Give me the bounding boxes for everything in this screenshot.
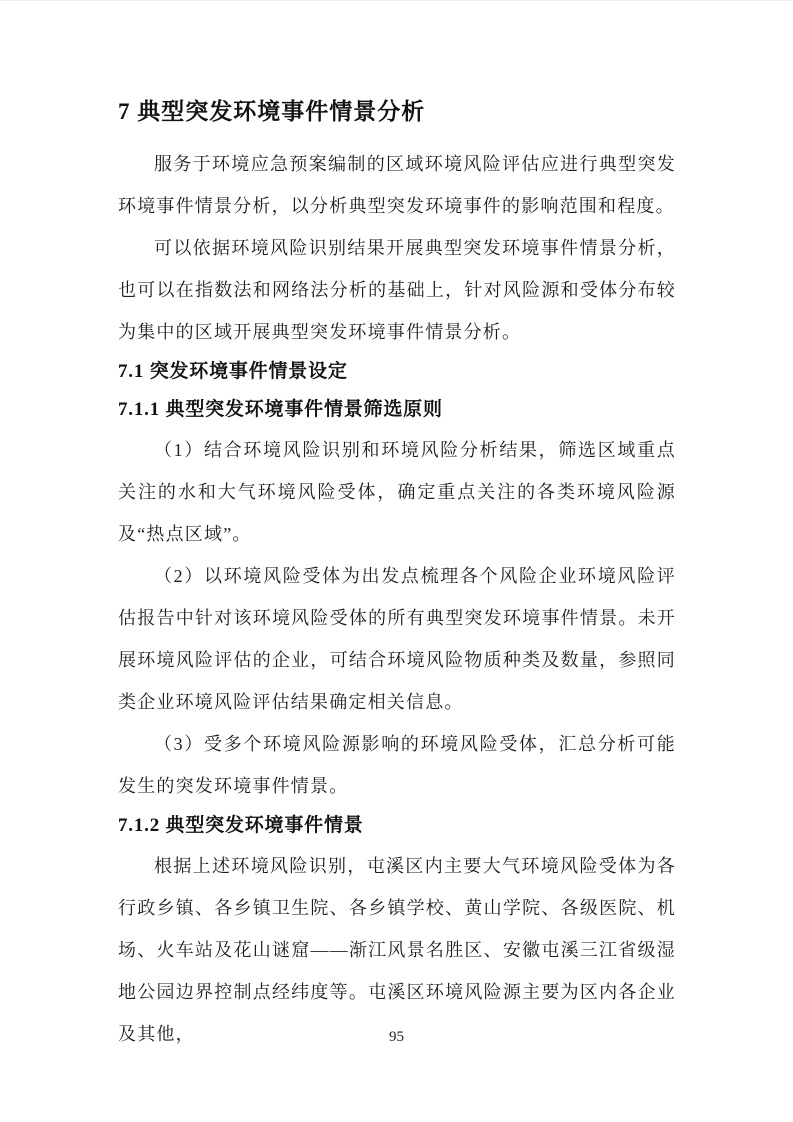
criteria-item-1: （1）结合环境风险识别和环境风险分析结果，筛选区域重点关注的水和大气环境风险受体… — [118, 429, 676, 555]
criteria-item-3: （3）受多个环境风险源影响的环境风险受体，汇总分析可能发生的突发环境事件情景。 — [118, 723, 676, 807]
chapter-heading: 7 典型突发环境事件情景分析 — [118, 95, 676, 129]
criteria-item-2: （2）以环境风险受体为出发点梳理各个风险企业环境风险评估报告中针对该环境风险受体… — [118, 555, 676, 723]
subsection-7-1-1-heading: 7.1.1 典型突发环境事件情景筛选原则 — [118, 391, 676, 429]
intro-paragraph-2: 可以依据环境风险识别结果开展典型突发环境事件情景分析，也可以在指数法和网络法分析… — [118, 227, 676, 353]
section-7-1-heading: 7.1 突发环境事件情景设定 — [118, 353, 676, 391]
page-number: 95 — [0, 1027, 793, 1047]
document-page: 7 典型突发环境事件情景分析 服务于环境应急预案编制的区域环境风险评估应进行典型… — [0, 0, 793, 1122]
intro-paragraph-1: 服务于环境应急预案编制的区域环境风险评估应进行典型突发环境事件情景分析，以分析典… — [118, 143, 676, 227]
scenario-paragraph-1: 根据上述环境风险识别，屯溪区内主要大气环境风险受体为各行政乡镇、各乡镇卫生院、各… — [118, 845, 676, 1055]
subsection-7-1-2-heading: 7.1.2 典型突发环境事件情景 — [118, 807, 676, 845]
